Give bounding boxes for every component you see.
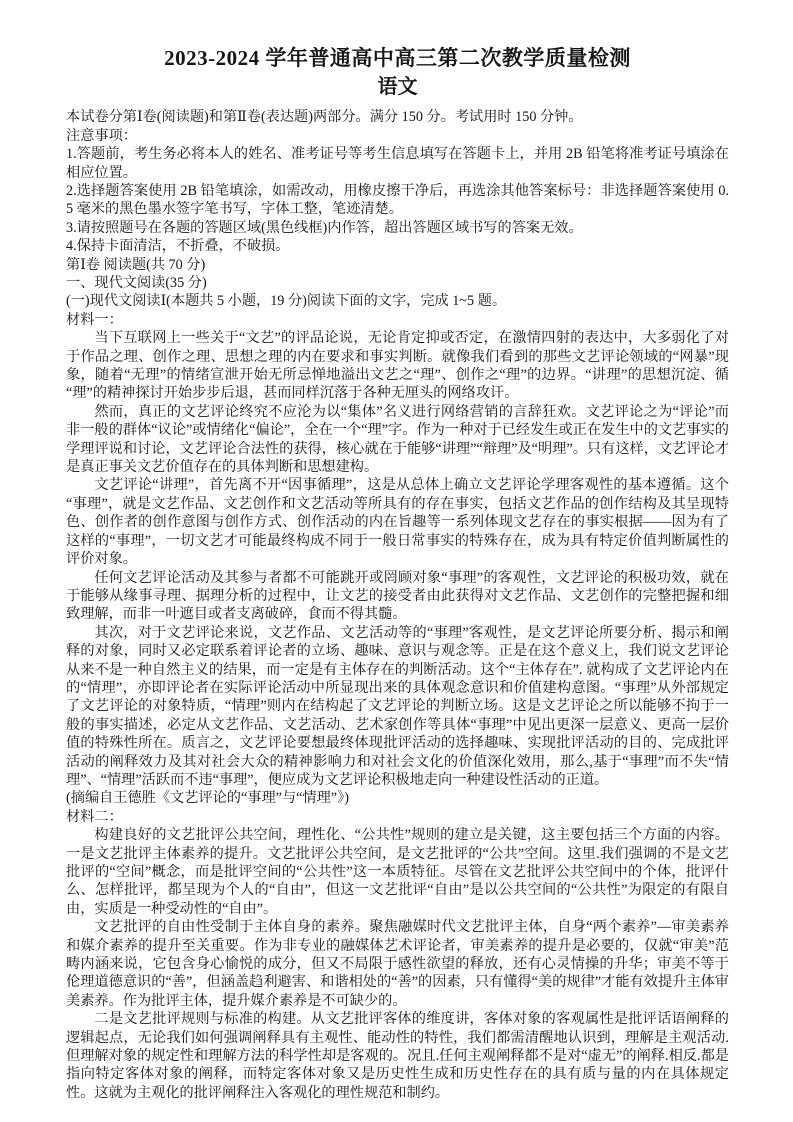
material2-paragraph: 构建良好的文艺批评公共空间，理性化、“公共性”规则的建立是关键，这主要包括三个方…: [66, 826, 729, 918]
exam-intro: 本试卷分第Ⅰ卷(阅读题)和第Ⅱ卷(表达题)两部分。满分 150 分。考试用时 1…: [66, 108, 729, 126]
material1-source: (摘编自王德胜《文艺评论的“事理”与“情理”》): [66, 789, 729, 807]
material1-heading: 材料一：: [66, 311, 729, 329]
material2-paragraph: 文艺批评的自由性受制于主体自身的素养。聚焦融媒时代文艺批评主体，自身“两个素养”…: [66, 918, 729, 1010]
material1-paragraph: 文艺评论“讲理”，首先离不开“因事循理”，这是从总体上确立文艺评论学理客观性的基…: [66, 476, 729, 568]
notice-item-2: 2.选择题答案使用 2B 铅笔填涂，如需改动，用橡皮擦干净后，再选涂其他答案标号…: [66, 182, 729, 219]
exam-paper-page: 2023-2024 学年普通高中高三第二次教学质量检测 语文 本试卷分第Ⅰ卷(阅…: [0, 0, 793, 1122]
section-heading: 第Ⅰ卷 阅读题(共 70 分): [66, 256, 729, 274]
passage-instruction: (一)现代文阅读Ⅰ(本题共 5 小题，19 分)阅读下面的文字，完成 1~5 题…: [66, 292, 729, 310]
notice-item-3: 3.请按照题号在各题的答题区域(黑色线框)内作答，超出答题区域书写的答案无效。: [66, 219, 729, 237]
notice-heading: 注意事项：: [66, 127, 729, 145]
document-body: 本试卷分第Ⅰ卷(阅读题)和第Ⅱ卷(表达题)两部分。满分 150 分。考试用时 1…: [66, 108, 729, 1102]
material1-paragraph: 其次，对于文艺评论来说，文艺作品、文艺活动等的“事理”客观性，是文艺评论所要分析…: [66, 624, 729, 790]
material2-paragraph: 二是文艺批评规则与标准的构建。从文艺批评客体的维度讲，客体对象的客观属性是批评话…: [66, 1010, 729, 1102]
material1-paragraph: 任何文艺评论活动及其参与者都不可能跳开或罔顾对象“事理”的客观性，文艺评论的积极…: [66, 569, 729, 624]
notice-item-4: 4.保持卡面清洁，不折叠，不破损。: [66, 237, 729, 255]
part-heading: 一、现代文阅读(35 分): [66, 274, 729, 292]
material1-paragraph: 当下互联网上一些关于“文艺”的评品论说，无论肯定抑或否定，在激情四射的表达中，大…: [66, 329, 729, 403]
page-subtitle: 语文: [66, 74, 729, 100]
material2-heading: 材料二：: [66, 808, 729, 826]
notice-item-1: 1.答题前，考生务必将本人的姓名、准考证号等考生信息填写在答题卡上，并用 2B …: [66, 145, 729, 182]
page-title: 2023-2024 学年普通高中高三第二次教学质量检测: [66, 44, 729, 72]
material1-paragraph: 然而，真正的文艺评论终究不应沦为以“集体”名义进行网络营销的言辞狂欢。文艺评论之…: [66, 403, 729, 477]
